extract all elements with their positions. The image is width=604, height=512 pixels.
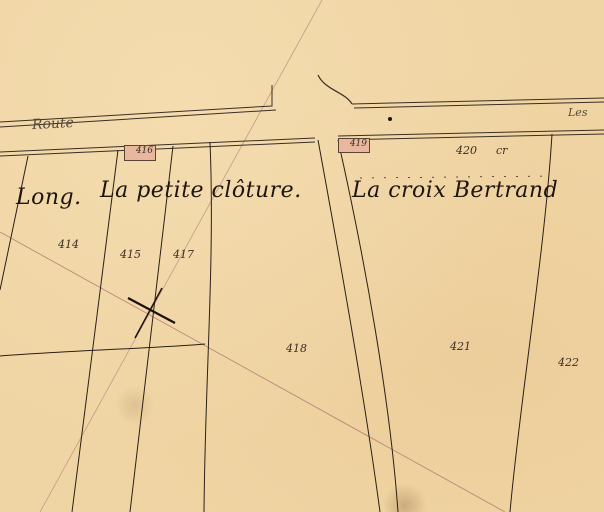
parcel-label-418: 418	[286, 342, 307, 355]
parcel-label-421: 421	[450, 340, 471, 353]
parcel-label-415: 415	[120, 248, 141, 261]
parcel-box-419: 419	[338, 138, 370, 153]
parcel-label-417: 417	[173, 248, 194, 261]
survey-line-red	[0, 232, 505, 512]
parcel-note-420: cr	[496, 144, 507, 157]
road-label-right: Les	[568, 106, 587, 119]
place-name-la-croix-bertrand: La croix Bertrand	[352, 178, 558, 203]
road-label: Route	[32, 115, 75, 133]
parcel-label-420: 420	[456, 144, 477, 157]
place-name-long: Long.	[16, 185, 82, 210]
cadastral-map: Route Les Long. La petite clôture. La cr…	[0, 0, 604, 512]
parcel-label-414: 414	[58, 238, 79, 251]
parcel-box-416: 416	[124, 145, 156, 161]
place-name-la-petite-cloture: La petite clôture.	[100, 178, 302, 203]
parcel-label-422: 422	[558, 356, 579, 369]
parcel-boundaries	[0, 0, 604, 512]
